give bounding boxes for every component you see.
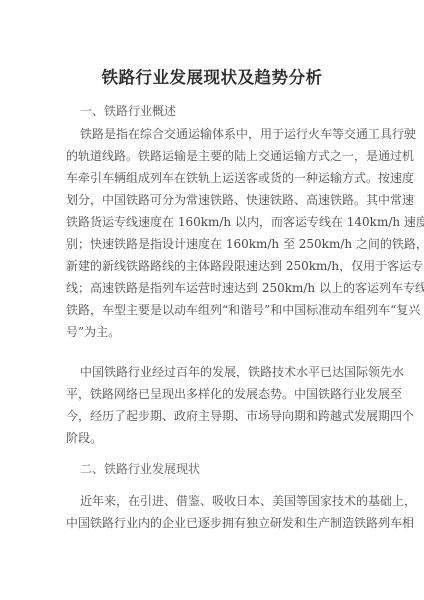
section-heading-current-status: 二、铁路行业发展现状 (80, 460, 200, 477)
paragraph-recent-years: 近年来，在引进、借鉴、吸收日本、美国等国家技术的基础上， 中国铁路行业内的企业已… (66, 490, 358, 534)
paragraph-development-history: 中国铁路行业经过百年的发展，铁路技术水平已达国际领先水 平，铁路网络已呈现出多样… (66, 361, 358, 449)
document-title: 铁路行业发展现状及趋势分析 (0, 64, 424, 88)
text-line: 新建的新线铁路路线的主体路段限速达到 250km/h，仅用于客运专 (66, 255, 358, 277)
text-line: 铁路是指在综合交通运输体系中，用于运行火车等交通工具行驶 (66, 123, 358, 145)
text-line: 划分，中国铁路可分为常速铁路、快速铁路、高速铁路。其中常速 (66, 189, 358, 211)
text-line: 中国铁路行业内的企业已逐步拥有独立研发和生产制造铁路列车相 (66, 512, 358, 534)
text-line: 车牵引车辆组成列车在铁轨上运送客或货的一种运输方式。按速度 (66, 167, 358, 189)
text-line: 中国铁路行业经过百年的发展，铁路技术水平已达国际领先水 (66, 361, 358, 383)
text-line: 铁路货运专线速度在 160km/h 以内，而客运专线在 140km/h 速度级 (66, 211, 358, 233)
section-heading-overview: 一、铁路行业概述 (80, 102, 176, 119)
text-line: 铁路，车型主要是以动车组列“和谐号”和中国标准动车组列车“复兴 (66, 299, 358, 321)
text-line: 别；快速铁路是指设计速度在 160km/h 至 250km/h 之间的铁路，而 (66, 233, 358, 255)
text-line: 号”为主。 (66, 321, 358, 343)
text-line: 今，经历了起步期、政府主导期、市场导向期和跨越式发展期四个 (66, 405, 358, 427)
text-line: 阶段。 (66, 427, 358, 449)
text-line: 线；高速铁路是指列车运营时速达到 250km/h 以上的客运列车专线 (66, 277, 358, 299)
text-line: 平，铁路网络已呈现出多样化的发展态势。中国铁路行业发展至 (66, 383, 358, 405)
text-line: 近年来，在引进、借鉴、吸收日本、美国等国家技术的基础上， (66, 490, 358, 512)
paragraph-railway-definition: 铁路是指在综合交通运输体系中，用于运行火车等交通工具行驶 的轨道线路。铁路运输是… (66, 123, 358, 343)
document-page: 铁路行业发展现状及趋势分析 一、铁路行业概述 铁路是指在综合交通运输体系中，用于… (0, 0, 424, 600)
text-line: 的轨道线路。铁路运输是主要的陆上交通运输方式之一，是通过机 (66, 145, 358, 167)
